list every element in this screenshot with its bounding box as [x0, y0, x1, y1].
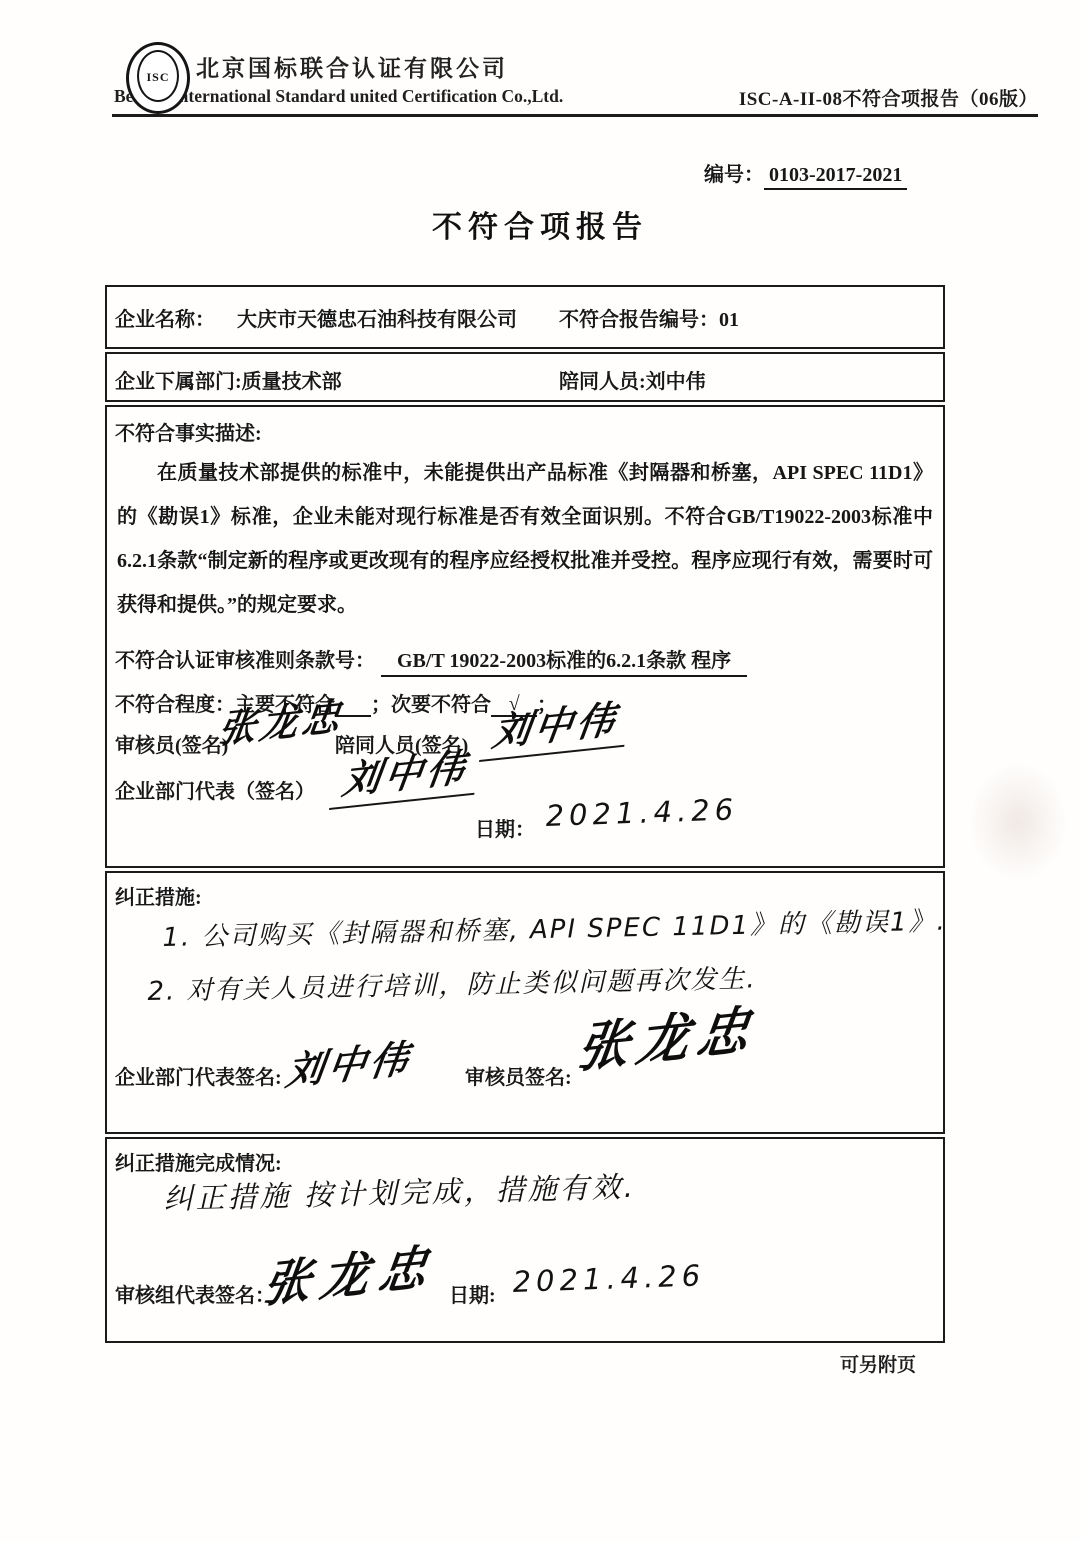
isc-certification-logo-icon: ISC	[126, 42, 190, 114]
clause-line: 不符合认证审核准则条款号：GB/T 19022-2003标准的6.2.1条款 程…	[115, 644, 747, 673]
clause-value: GB/T 19022-2003标准的6.2.1条款 程序	[381, 650, 747, 677]
facts-description: 在质量技术部提供的标准中，未能提供出产品标准《封隔器和桥塞，API SPEC 1…	[117, 451, 933, 627]
report-number-value: 0103-2017-2021	[764, 164, 907, 190]
header-rule	[112, 114, 1038, 117]
nc-report-no-value: 01	[719, 309, 739, 331]
department-value: 质量技术部	[242, 371, 342, 393]
severity-separator-1: ；	[371, 694, 391, 716]
corrective-item-1: 1. 公司购买《封隔器和桥塞, API SPEC 11D1》的《勘误1》.	[162, 901, 947, 954]
attach-page-note: 可另附页	[840, 1350, 916, 1377]
corrective-auditor-sign-label: 审核员签名:	[465, 1061, 572, 1090]
scan-smudge	[968, 762, 1068, 882]
department-field: 企业下属部门:质量技术部	[115, 365, 342, 394]
completion-date-value: 2021.4.26	[512, 1258, 706, 1299]
corrective-actions-section: 纠正措施: 1. 公司购买《封隔器和桥塞, API SPEC 11D1》的《勘误…	[105, 871, 945, 1134]
corrective-dept-sign-label: 企业部门代表签名:	[115, 1061, 282, 1090]
severity-minor-label: 次要不符合	[391, 694, 491, 716]
corrective-dept-signature: 刘中伟	[283, 1027, 416, 1096]
completion-label: 纠正措施完成情况:	[115, 1147, 282, 1176]
company-name-value: 大庆市天德忠石油科技有限公司	[237, 309, 517, 331]
company-name-label: 企业名称：	[115, 309, 215, 331]
audit-team-signature: 张龙忠	[259, 1227, 442, 1316]
escort-value: 刘中伟	[646, 371, 706, 393]
clause-label: 不符合认证审核准则条款号：	[115, 650, 375, 672]
document-code: ISC-A-II-08不符合项报告（06版）	[660, 84, 1038, 111]
facts-date-label: 日期：	[475, 813, 535, 842]
dept-rep-sign-label: 企业部门代表（签名）	[115, 775, 315, 804]
audit-team-sign-label: 审核组代表签名：	[115, 1279, 275, 1308]
facts-section: 不符合事实描述: 在质量技术部提供的标准中，未能提供出产品标准《封隔器和桥塞，A…	[105, 405, 945, 868]
facts-label: 不符合事实描述:	[115, 417, 262, 446]
report-number-line: 编号：0103-2017-2021	[704, 158, 907, 187]
company-name-field: 企业名称：大庆市天德忠石油科技有限公司	[115, 303, 517, 332]
auditor-sign-label: 审核员(签名)	[115, 729, 228, 758]
escort-label: 陪同人员:	[559, 371, 646, 393]
severity-label: 不符合程度：	[115, 694, 235, 716]
page-title: 不符合项报告	[0, 202, 1080, 246]
scanned-nonconformity-report: Beijing International Standard united Ce…	[0, 0, 1080, 1542]
nc-report-no-field: 不符合报告编号：01	[559, 303, 739, 332]
escort-field: 陪同人员:刘中伟	[559, 365, 706, 394]
company-info-row: 企业名称：大庆市天德忠石油科技有限公司 不符合报告编号：01	[105, 285, 945, 349]
facts-date-value: 2021.4.26	[545, 792, 739, 833]
report-number-label: 编号：	[704, 164, 764, 186]
completion-section: 纠正措施完成情况: 纠正措施 按计划完成，措施有效. 审核组代表签名： 张龙忠 …	[105, 1137, 945, 1343]
department-label: 企业下属部门:	[115, 371, 242, 393]
corrective-label: 纠正措施:	[115, 881, 202, 910]
department-info-row: 企业下属部门:质量技术部 陪同人员:刘中伟	[105, 352, 945, 402]
nc-report-no-label: 不符合报告编号：	[559, 309, 719, 331]
completion-date-label: 日期:	[449, 1279, 496, 1308]
org-name-cn: 北京国标联合认证有限公司	[196, 50, 508, 83]
corrective-auditor-signature: 张龙忠	[573, 987, 763, 1082]
logo-text: ISC	[126, 70, 190, 85]
